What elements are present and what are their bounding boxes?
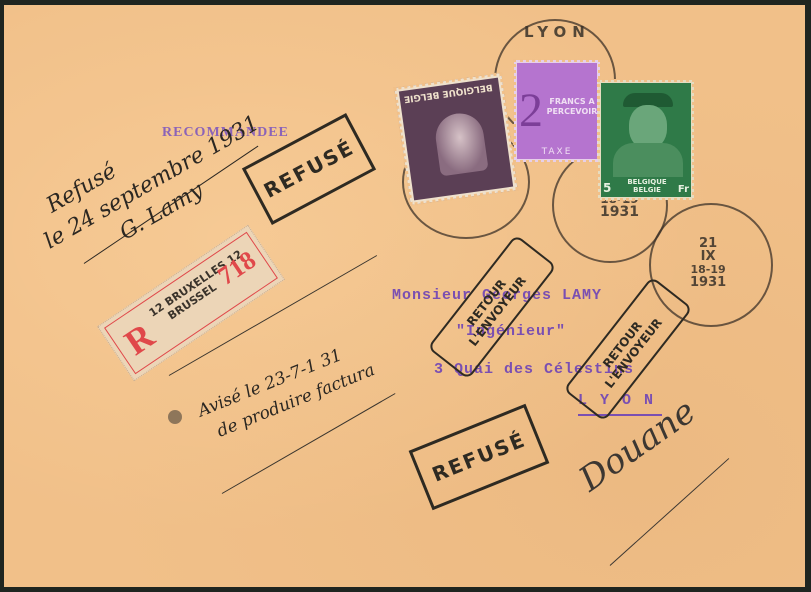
postage-stamp-belgium-helmet: BELGIQUE BELGIE [394, 73, 517, 205]
postage-stamp-france-taxe: 2 FRANCS A PERCEVOIR TAXE [514, 60, 600, 162]
return-to-sender-stamp: RETOUR L'ENVOYEUR [427, 234, 557, 379]
refused-stamp: REFUSÉ [409, 404, 550, 511]
postmark-lyon-city: LYON [524, 23, 591, 41]
postmark-b-date: 21 IX 18-19 1931 [690, 237, 726, 289]
refused-stamp-text: REFUSÉ [260, 135, 359, 203]
portrait-shoulders [613, 143, 683, 177]
handwritten-avis-note: Avisé le 23-7-1 31 de produire factura [194, 333, 379, 448]
helmet-icon [433, 110, 489, 176]
refused-stamp-text: REFUSÉ [429, 427, 530, 486]
postage-stamp-belgium-king-albert: 5 BELGIQUE BELGIE Fr [598, 80, 694, 200]
envelope: RECOMMANDEE REFUSÉ Refusé le 24 septembr… [4, 5, 805, 587]
ink-blot [168, 410, 182, 424]
